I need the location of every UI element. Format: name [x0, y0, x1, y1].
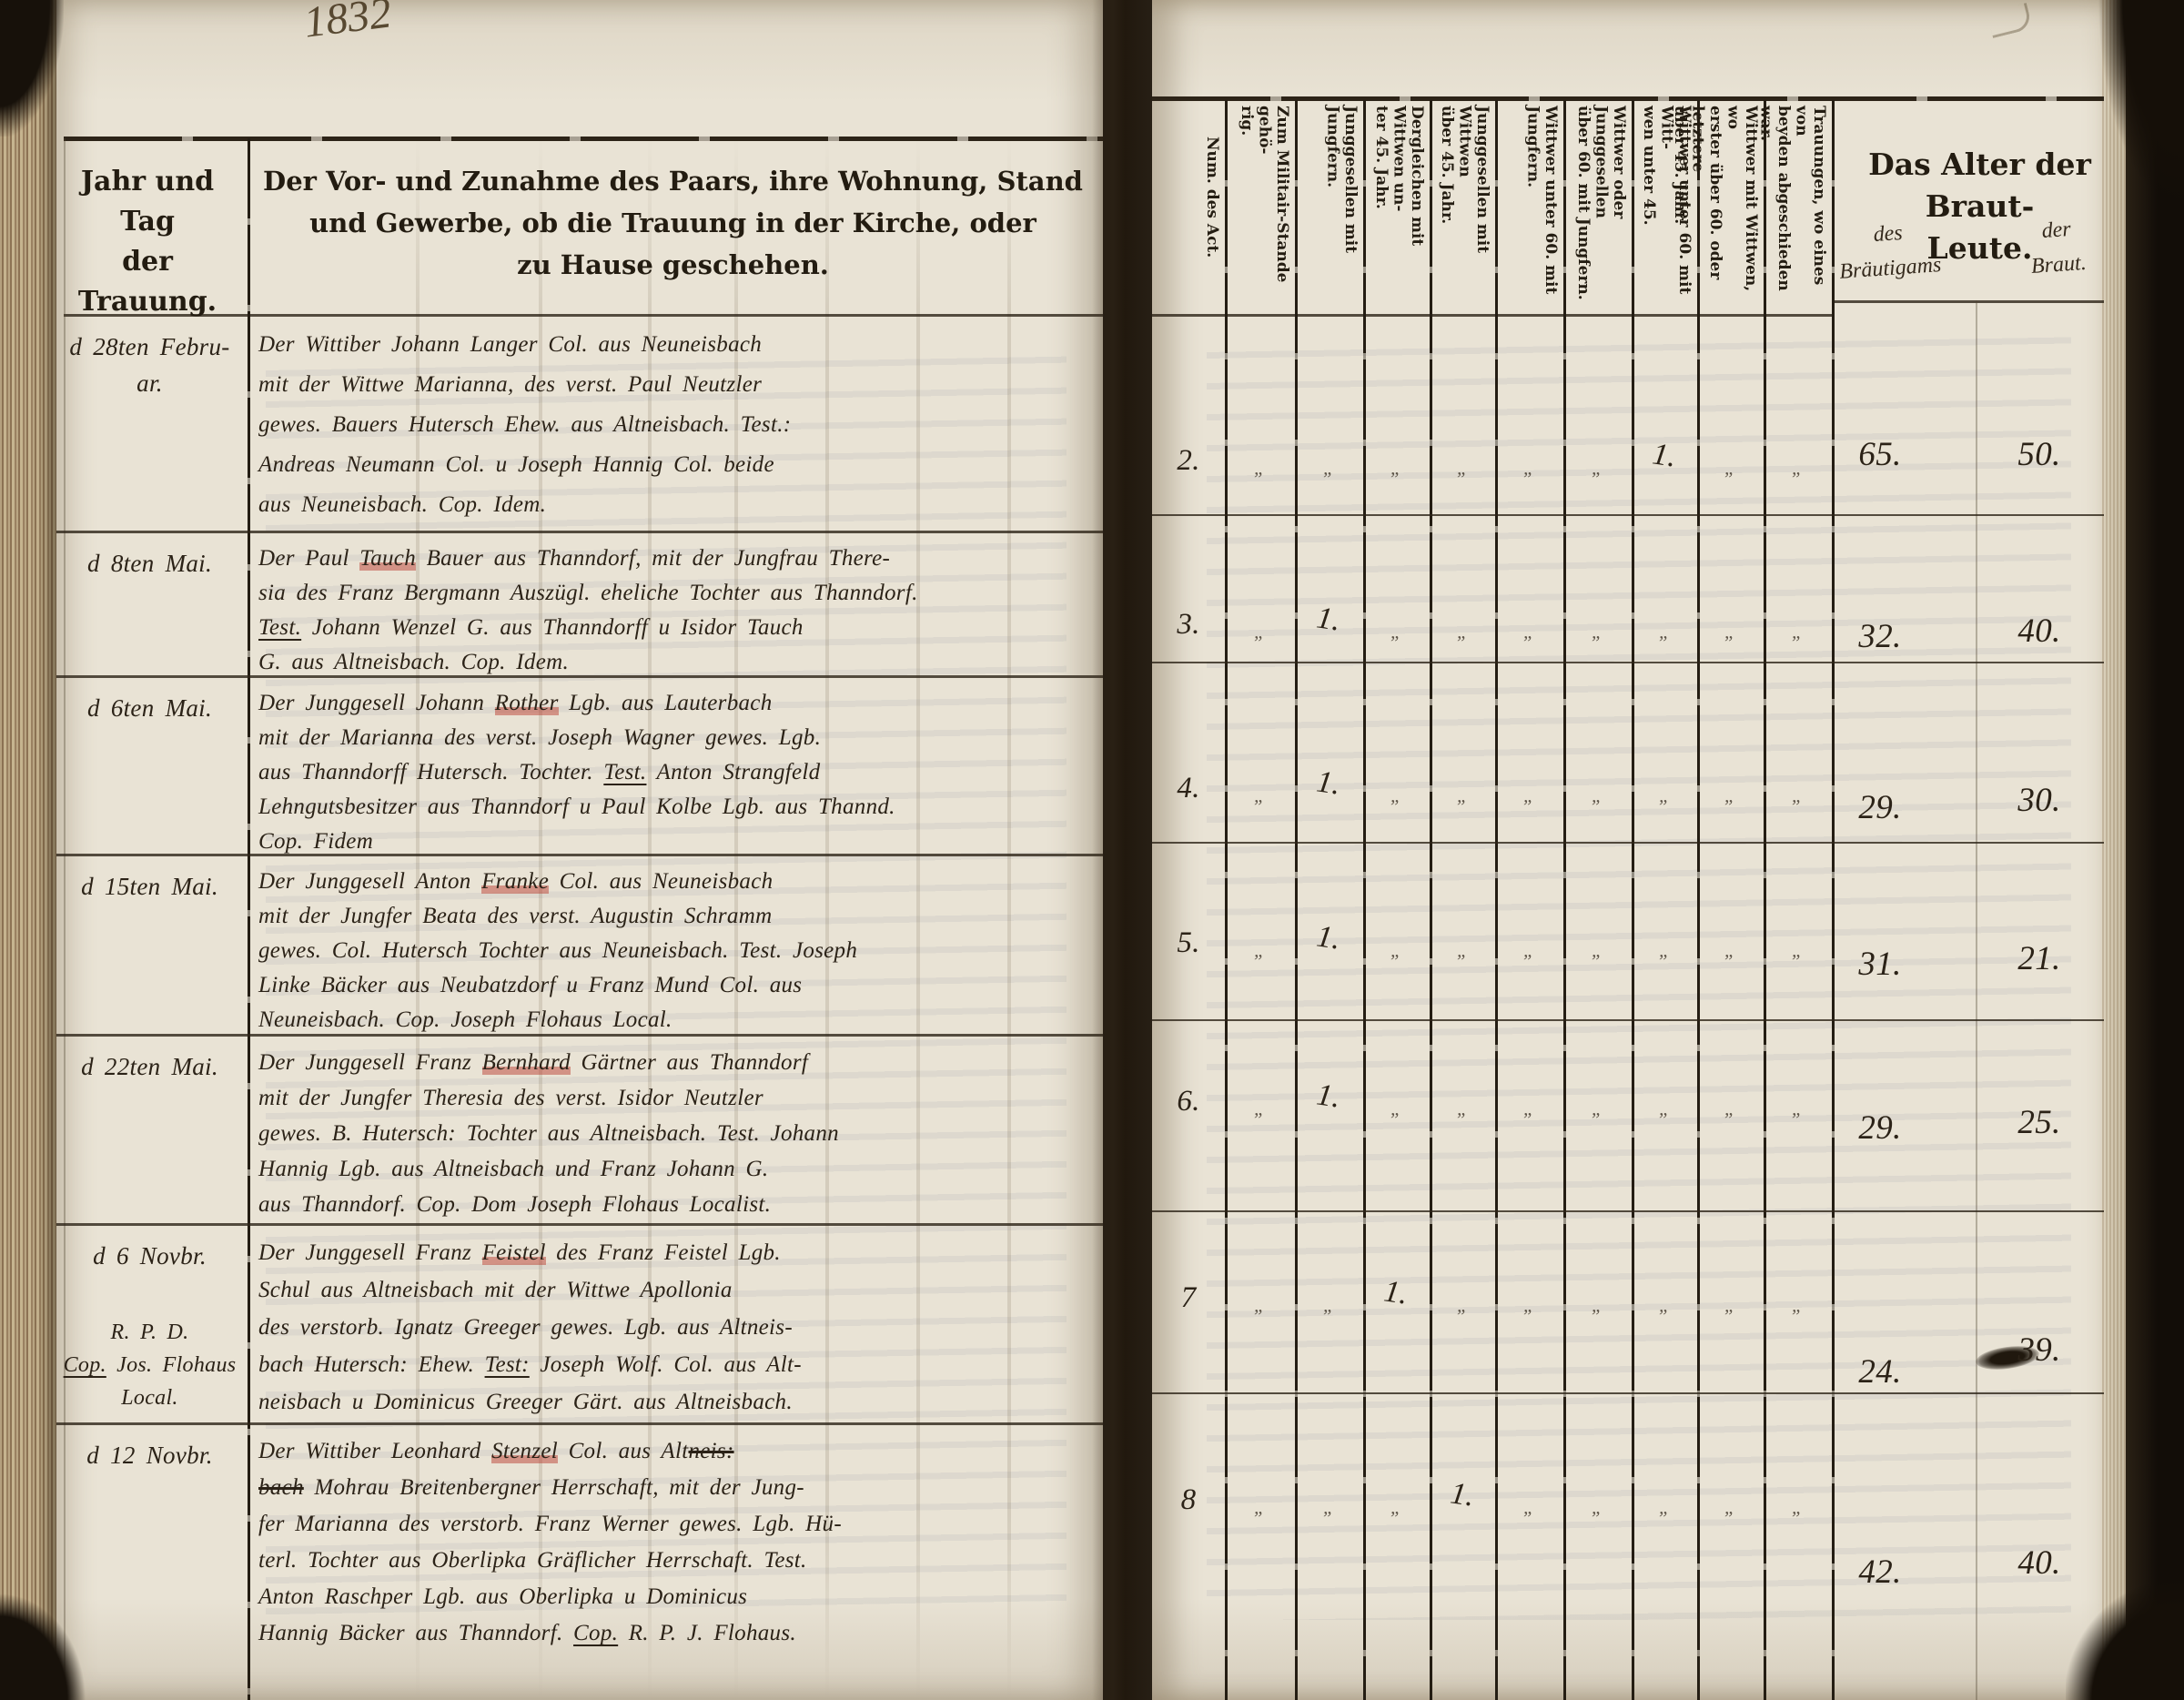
tally-mark: 1.	[1299, 599, 1359, 641]
entry-clergy-note: R. P. D.Cop. Jos. FlohausLocal.	[56, 1316, 243, 1414]
red-underlined-name: Rother	[495, 691, 559, 715]
backdrop-corner	[2066, 1579, 2184, 1700]
entry-date: d 8ten Mai.	[56, 531, 243, 582]
entry-line: neisbach u Dominicus Greeger Gärt. aus A…	[258, 1383, 1100, 1421]
ditto-mark: „	[1579, 939, 1615, 962]
stat-column-rule	[1563, 100, 1566, 1700]
entry-line: Neuneisbach. Cop. Joseph Flohaus Local.	[258, 1003, 1100, 1037]
stat-column-rule	[1495, 100, 1498, 1700]
entry-text: Der Wittiber Johann Langer Col. aus Neun…	[258, 314, 1100, 525]
ditto-mark: „	[1444, 784, 1481, 807]
ditto-mark: „	[1579, 621, 1615, 643]
struck-text: bach	[258, 1475, 304, 1500]
groom-age: 65.	[1825, 435, 1935, 474]
marriage-register-book-spread: 1832 Jahr und Tag der Trauung. Der Vor- …	[0, 0, 2184, 1700]
ditto-mark: „	[1712, 1098, 1748, 1120]
entry-text: Der Paul Tauch Bauer aus Thanndorf, mit …	[258, 531, 1100, 680]
text-segment: bach Hutersch: Ehew.	[258, 1352, 485, 1377]
ditto-mark: „	[1241, 1098, 1278, 1120]
row-rule	[1152, 1210, 2104, 1212]
text-segment: des verstorb. Ignatz Greeger gewes. Lgb.…	[258, 1315, 793, 1340]
text-segment: Der Wittiber Johann Langer Col. aus Neun…	[258, 332, 762, 357]
text-segment: mit der Wittwe Marianna, des verst. Paul…	[258, 372, 762, 397]
entry-line: Der Wittiber Johann Langer Col. aus Neun…	[258, 325, 1100, 365]
act-number: 6.	[1157, 1085, 1220, 1118]
ditto-mark: „	[1378, 1098, 1414, 1120]
text-segment: Andreas Neumann Col. u Joseph Hannig Col…	[258, 452, 774, 477]
text-segment: Cop.	[573, 1621, 618, 1645]
entry-line: bach Hutersch: Ehew. Test: Joseph Wolf. …	[258, 1346, 1100, 1383]
text-segment: Neuneisbach. Cop. Joseph Flohaus Local.	[258, 1007, 672, 1032]
text-segment: Test.	[603, 760, 646, 784]
entry-line: Lehngutsbesitzer aus Thanndorf u Paul Ko…	[258, 790, 1100, 825]
register-entry: d 8ten Mai.Der Paul Tauch Bauer aus Than…	[56, 531, 1103, 675]
ditto-mark: „	[1712, 621, 1748, 643]
entry-text: Der Wittiber Leonhard Stenzel Col. aus A…	[258, 1422, 1100, 1652]
ditto-mark: „	[1444, 939, 1481, 962]
register-entry: d 15ten Mai.Der Junggesell Anton Franke …	[56, 854, 1103, 1034]
text-segment: Schul aus Altneisbach mit der Wittwe Apo…	[258, 1278, 733, 1302]
ditto-mark: „	[1779, 784, 1815, 807]
text-segment: sia des Franz Bergmann Auszügl. eheliche…	[258, 581, 918, 605]
text-segment: Lehngutsbesitzer aus Thanndorf u Paul Ko…	[258, 794, 895, 819]
ditto-mark: „	[1378, 457, 1414, 480]
groom-age: 24.	[1825, 1352, 1935, 1391]
entry-text: Der Junggesell Franz Bernhard Gärtner au…	[258, 1034, 1100, 1222]
struck-text: neis:	[688, 1439, 733, 1463]
ditto-mark: „	[1712, 939, 1748, 962]
entry-line: mit der Wittwe Marianna, des verst. Paul…	[258, 365, 1100, 405]
entry-line: Hannig Lgb. aus Altneisbach und Franz Jo…	[258, 1151, 1100, 1187]
ditto-mark: „	[1646, 1294, 1683, 1317]
ditto-mark: „	[1378, 939, 1414, 962]
red-underlined-name: Franke	[481, 869, 549, 894]
ditto-mark: „	[1779, 1294, 1815, 1317]
text-segment: Test.	[258, 615, 301, 640]
entry-text: Der Junggesell Anton Franke Col. aus Neu…	[258, 854, 1100, 1037]
entry-line: Schul aus Altneisbach mit der Wittwe Apo…	[258, 1271, 1100, 1309]
entry-line: des verstorb. Ignatz Greeger gewes. Lgb.…	[258, 1309, 1100, 1346]
tally-mark: 1.	[1299, 1076, 1359, 1118]
ditto-mark: „	[1444, 1294, 1481, 1317]
red-underlined-name: Stenzel	[491, 1439, 558, 1463]
entry-line: fer Marianna des verstorb. Franz Werner …	[258, 1506, 1100, 1543]
text-segment: Johann Wenzel G. aus Thanndorff u Isidor…	[301, 615, 804, 640]
register-entry: d 6ten Mai.Der Junggesell Johann Rother …	[56, 675, 1103, 854]
ditto-mark: „	[1712, 1294, 1748, 1317]
stat-column-rule	[1764, 100, 1766, 1700]
stat-column-header: Num. des Act.	[1157, 137, 1220, 319]
ditto-mark: „	[1310, 457, 1347, 480]
register-entry: d 28ten Febru-ar.Der Wittiber Johann Lan…	[56, 314, 1103, 531]
entry-date-line: d 6 Novbr.	[56, 1238, 243, 1274]
stat-column-header: Wittwer oder Junggesellen über 60. mit J…	[1568, 106, 1627, 317]
ditto-mark: „	[1579, 784, 1615, 807]
tally-mark: 1.	[1299, 763, 1359, 804]
text-segment: Mohrau Breitenbergner Herrschaft, mit de…	[304, 1475, 804, 1500]
text-segment: Test:	[485, 1352, 530, 1377]
stat-column-rule	[1295, 100, 1298, 1700]
entry-line: aus Thanndorf. Cop. Dom Joseph Flohaus L…	[258, 1187, 1100, 1222]
stat-column-rule	[1832, 100, 1835, 1700]
entry-line: Der Junggesell Anton Franke Col. aus Neu…	[258, 865, 1100, 899]
ditto-mark: „	[1646, 1496, 1683, 1519]
stat-column-header: Zum Militair-Stande gehö- rig.	[1229, 106, 1290, 317]
text-segment: Col. aus Neuneisbach	[549, 869, 773, 894]
row-rule	[1152, 842, 2104, 844]
entry-date: d 22ten Mai.	[56, 1034, 243, 1085]
ditto-mark: „	[1511, 784, 1547, 807]
table-top-rule	[64, 137, 1103, 141]
entry-date: d 6ten Mai.	[56, 675, 243, 726]
note-line: R. P. D.	[56, 1316, 243, 1349]
year-annotation: 1832	[301, 0, 394, 48]
text-segment: Der Paul	[258, 546, 359, 571]
ditto-mark: „	[1241, 784, 1278, 807]
backdrop-corner	[0, 1593, 86, 1700]
ditto-mark: „	[1444, 621, 1481, 643]
text-segment: fer Marianna des verstorb. Franz Werner …	[258, 1512, 842, 1536]
ditto-mark: „	[1310, 1496, 1347, 1519]
entry-line: aus Neuneisbach. Cop. Idem.	[258, 485, 1100, 525]
text-segment: Lgb. aus Lauterbach	[559, 691, 773, 715]
column-header-date: Jahr und Tag der Trauung.	[51, 162, 244, 322]
text-segment: Local.	[121, 1386, 177, 1410]
ditto-mark: „	[1511, 1496, 1547, 1519]
ditto-mark: „	[1241, 1294, 1278, 1317]
book-fore-edge	[0, 0, 56, 1700]
ditto-mark: „	[1511, 939, 1547, 962]
stat-column-rule	[1632, 100, 1634, 1700]
ditto-mark: „	[1779, 1496, 1815, 1519]
entry-line: Der Wittiber Leonhard Stenzel Col. aus A…	[258, 1433, 1100, 1470]
text-segment: R. P. J. Flohaus.	[618, 1621, 796, 1645]
ditto-mark: „	[1241, 457, 1278, 480]
entry-line: bach Mohrau Breitenbergner Herrschaft, m…	[258, 1470, 1100, 1506]
column-header-names: Der Vor- und Zunahme des Paars, ihre Woh…	[252, 160, 1094, 286]
ditto-mark: „	[1712, 784, 1748, 807]
entry-date: d 15ten Mai.	[56, 854, 243, 905]
left-page: 1832 Jahr und Tag der Trauung. Der Vor- …	[56, 0, 1103, 1700]
tally-mark: 1.	[1367, 1272, 1426, 1314]
bride-age: 25.	[1985, 1103, 2094, 1142]
red-underlined-name: Tauch	[359, 546, 416, 571]
entry-line: Test. Johann Wenzel G. aus Thanndorff u …	[258, 611, 1100, 645]
ditto-mark: „	[1579, 1098, 1615, 1120]
ditto-mark: „	[1241, 621, 1278, 643]
row-rule	[1152, 1392, 2104, 1394]
ditto-mark: „	[1378, 1496, 1414, 1519]
bride-age: 30.	[1985, 781, 2094, 820]
tally-mark: 1.	[1433, 1474, 1492, 1516]
right-page: Num. des Act.Zum Militair-Stande gehö- r…	[1152, 0, 2126, 1700]
entry-line: Andreas Neumann Col. u Joseph Hannig Col…	[258, 445, 1100, 485]
ditto-mark: „	[1779, 621, 1815, 643]
entry-line: Hannig Bäcker aus Thanndorf. Cop. R. P. …	[258, 1615, 1100, 1652]
text-segment: mit der Jungfer Theresia des verst. Isid…	[258, 1086, 763, 1110]
text-segment: gewes. Col. Hutersch Tochter aus Neuneis…	[258, 938, 857, 963]
entry-line: Der Paul Tauch Bauer aus Thanndorf, mit …	[258, 541, 1100, 576]
act-number: 7	[1157, 1281, 1220, 1315]
groom-age: 29.	[1825, 1108, 1935, 1148]
entry-date-line: d 8ten Mai.	[56, 545, 243, 582]
groom-age: 42.	[1825, 1553, 1935, 1592]
bleed-through-texture	[1207, 328, 2071, 1620]
ditto-mark: „	[1779, 457, 1815, 480]
ditto-mark: „	[1511, 1098, 1547, 1120]
text-segment: Cop. Fidem	[258, 829, 373, 854]
entry-date: d 6 Novbr.R. P. D.Cop. Jos. FlohausLocal…	[56, 1223, 243, 1414]
ditto-mark: „	[1378, 784, 1414, 807]
text-segment: G. aus Altneisbach. Cop. Idem.	[258, 650, 569, 674]
ditto-mark: „	[1646, 621, 1683, 643]
ditto-mark: „	[1779, 939, 1815, 962]
register-entry: d 6 Novbr.R. P. D.Cop. Jos. FlohausLocal…	[56, 1223, 1103, 1422]
entry-line: gewes. Bauers Hutersch Ehew. aus Altneis…	[258, 405, 1100, 445]
entry-date-line: ar.	[56, 365, 243, 401]
note-line: Cop. Jos. Flohaus	[56, 1349, 243, 1381]
backdrop-corner	[2098, 0, 2184, 209]
entry-line: aus Thanndorff Hutersch. Tochter. Test. …	[258, 755, 1100, 790]
stat-column-header: Wittwer unter 60. mit Jungfern.	[1500, 106, 1559, 317]
red-underlined-name: Feistel	[482, 1240, 546, 1265]
text-segment: Hannig Lgb. aus Altneisbach und Franz Jo…	[258, 1157, 768, 1181]
text-segment: aus Neuneisbach. Cop. Idem.	[258, 492, 546, 517]
stat-column-header: Junggesellen mit Jungfern.	[1299, 106, 1359, 317]
text-segment: mit der Marianna des verst. Joseph Wagne…	[258, 725, 821, 750]
text-segment: Der Junggesell Johann	[258, 691, 495, 715]
register-entry: d 12 Novbr.Der Wittiber Leonhard Stenzel…	[56, 1422, 1103, 1695]
groom-age: 29.	[1825, 788, 1935, 827]
book-gutter	[1092, 0, 1152, 1700]
text-segment: Bauer aus Thanndorf, mit der Jungfrau Th…	[416, 546, 890, 571]
row-rule	[1152, 662, 2104, 663]
text-segment: Anton Raschper Lgb. aus Oberlipka u Domi…	[258, 1584, 747, 1609]
ditto-mark: „	[1646, 1098, 1683, 1120]
ditto-mark: „	[1511, 621, 1547, 643]
entry-line: mit der Jungfer Beata des verst. Augusti…	[258, 899, 1100, 934]
act-number: 8	[1157, 1483, 1220, 1517]
text-segment: Der Junggesell Franz	[258, 1240, 482, 1265]
bride-age: 21.	[1985, 939, 2094, 978]
text-segment: Der Wittiber Leonhard	[258, 1439, 491, 1463]
entry-line: Linke Bäcker aus Neubatzdorf u Franz Mun…	[258, 968, 1100, 1003]
ditto-mark: „	[1310, 1294, 1347, 1317]
text-segment: aus Thanndorff Hutersch. Tochter.	[258, 760, 603, 784]
backdrop	[2126, 0, 2184, 1700]
alter-header-bottom-rule	[1832, 300, 2104, 303]
tally-mark: 1.	[1635, 435, 1694, 477]
ditto-mark: „	[1579, 457, 1615, 480]
stat-column-header: Dergleichen mit Wittwen un- ter 45. Jahr…	[1368, 106, 1425, 317]
alter-column-divider	[1976, 300, 1977, 1700]
register-entry: d 22ten Mai.Der Junggesell Franz Bernhar…	[56, 1034, 1103, 1223]
bride-age: 40.	[1985, 1543, 2094, 1583]
entry-date: d 12 Novbr.	[56, 1422, 243, 1473]
bride-age: 40.	[1985, 612, 2094, 651]
entry-text: Der Junggesell Johann Rother Lgb. aus La…	[258, 675, 1100, 859]
text-segment: Linke Bäcker aus Neubatzdorf u Franz Mun…	[258, 973, 802, 997]
ditto-mark: „	[1241, 939, 1278, 962]
entry-line: sia des Franz Bergmann Auszügl. eheliche…	[258, 576, 1100, 611]
act-number: 5.	[1157, 926, 1220, 960]
text-segment: des Franz Feistel Lgb.	[546, 1240, 781, 1265]
backdrop-corner	[0, 0, 64, 137]
stat-column-header: Junggesellen mit Wittwen über 45. Jahr.	[1434, 106, 1491, 317]
text-segment: Der Junggesell Anton	[258, 869, 481, 894]
stat-column-rule	[1697, 100, 1700, 1700]
text-segment: terl. Tochter aus Oberlipka Gräflicher H…	[258, 1548, 807, 1573]
entry-date-line: d 6ten Mai.	[56, 690, 243, 726]
act-number: 4.	[1157, 772, 1220, 805]
entry-date-line: d 22ten Mai.	[56, 1048, 243, 1085]
text-segment: Cop.	[64, 1353, 106, 1377]
entry-line: Der Junggesell Johann Rother Lgb. aus La…	[258, 686, 1100, 721]
entry-line: mit der Jungfer Theresia des verst. Isid…	[258, 1080, 1100, 1116]
text-segment: Der Junggesell Franz	[258, 1050, 482, 1075]
text-segment: aus Thanndorf. Cop. Dom Joseph Flohaus L…	[258, 1192, 771, 1217]
entry-line: Anton Raschper Lgb. aus Oberlipka u Domi…	[258, 1579, 1100, 1615]
ditto-mark: „	[1712, 457, 1748, 480]
entry-date-line: d 28ten Febru-	[56, 329, 243, 365]
entry-line: mit der Marianna des verst. Joseph Wagne…	[258, 721, 1100, 755]
bride-age: 50.	[1985, 435, 2094, 474]
entry-date-line: d 12 Novbr.	[56, 1437, 243, 1473]
red-underlined-name: Bernhard	[482, 1050, 571, 1075]
ditto-mark: „	[1579, 1496, 1615, 1519]
text-segment: R. P. D.	[111, 1321, 189, 1344]
text-segment: Hannig Bäcker aus Thanndorf.	[258, 1621, 573, 1645]
entry-date-line: d 15ten Mai.	[56, 868, 243, 905]
ditto-mark: „	[1511, 457, 1547, 480]
entry-line: gewes. Col. Hutersch Tochter aus Neuneis…	[258, 934, 1100, 968]
stat-column-header: Wittwer mit Wittwen, wo erster über 60. …	[1702, 106, 1759, 317]
text-segment: gewes. B. Hutersch: Tochter aus Altneisb…	[258, 1121, 839, 1146]
entry-line: Der Junggesell Franz Bernhard Gärtner au…	[258, 1045, 1100, 1080]
row-rule	[1152, 1019, 2104, 1021]
ditto-mark: „	[1444, 457, 1481, 480]
note-line: Local.	[56, 1381, 243, 1414]
ditto-mark: „	[1579, 1294, 1615, 1317]
entry-text: Der Junggesell Franz Feistel des Franz F…	[258, 1223, 1100, 1421]
entry-line: gewes. B. Hutersch: Tochter aus Altneisb…	[258, 1116, 1100, 1151]
entry-line: terl. Tochter aus Oberlipka Gräflicher H…	[258, 1543, 1100, 1579]
text-segment: neisbach u Dominicus Greeger Gärt. aus A…	[258, 1390, 793, 1414]
ditto-mark: „	[1241, 1496, 1278, 1519]
text-segment: gewes. Bauers Hutersch Ehew. aus Altneis…	[258, 412, 791, 437]
text-segment: Gärtner aus Thanndorf	[571, 1050, 808, 1075]
act-number: 3.	[1157, 608, 1220, 642]
text-segment: Col. aus Alt	[558, 1439, 688, 1463]
stat-column-rule	[1225, 100, 1228, 1700]
text-segment: mit der Jungfer Beata des verst. Augusti…	[258, 904, 772, 928]
ditto-mark: „	[1378, 621, 1414, 643]
text-segment: Anton Strangfeld	[646, 760, 820, 784]
ditto-mark: „	[1511, 1294, 1547, 1317]
groom-age: 32.	[1825, 617, 1935, 656]
tally-mark: 1.	[1299, 917, 1359, 959]
ditto-mark: „	[1779, 1098, 1815, 1120]
ditto-mark: „	[1444, 1098, 1481, 1120]
groom-age: 31.	[1825, 945, 1935, 984]
text-segment: Jos. Flohaus	[106, 1353, 237, 1377]
ditto-mark: „	[1646, 784, 1683, 807]
row-rule	[1152, 514, 2104, 516]
text-segment: Joseph Wolf. Col. aus Alt-	[530, 1352, 802, 1377]
entry-date: d 28ten Febru-ar.	[56, 314, 243, 401]
stat-column-rule	[1430, 100, 1432, 1700]
corner-pen-mark	[1987, 3, 2033, 38]
bride-age: 39.	[1985, 1331, 2094, 1370]
entry-line: Der Junggesell Franz Feistel des Franz F…	[258, 1234, 1100, 1271]
act-number: 2.	[1157, 444, 1220, 478]
stat-column-rule	[1363, 100, 1366, 1700]
ditto-mark: „	[1646, 939, 1683, 962]
ditto-mark: „	[1712, 1496, 1748, 1519]
